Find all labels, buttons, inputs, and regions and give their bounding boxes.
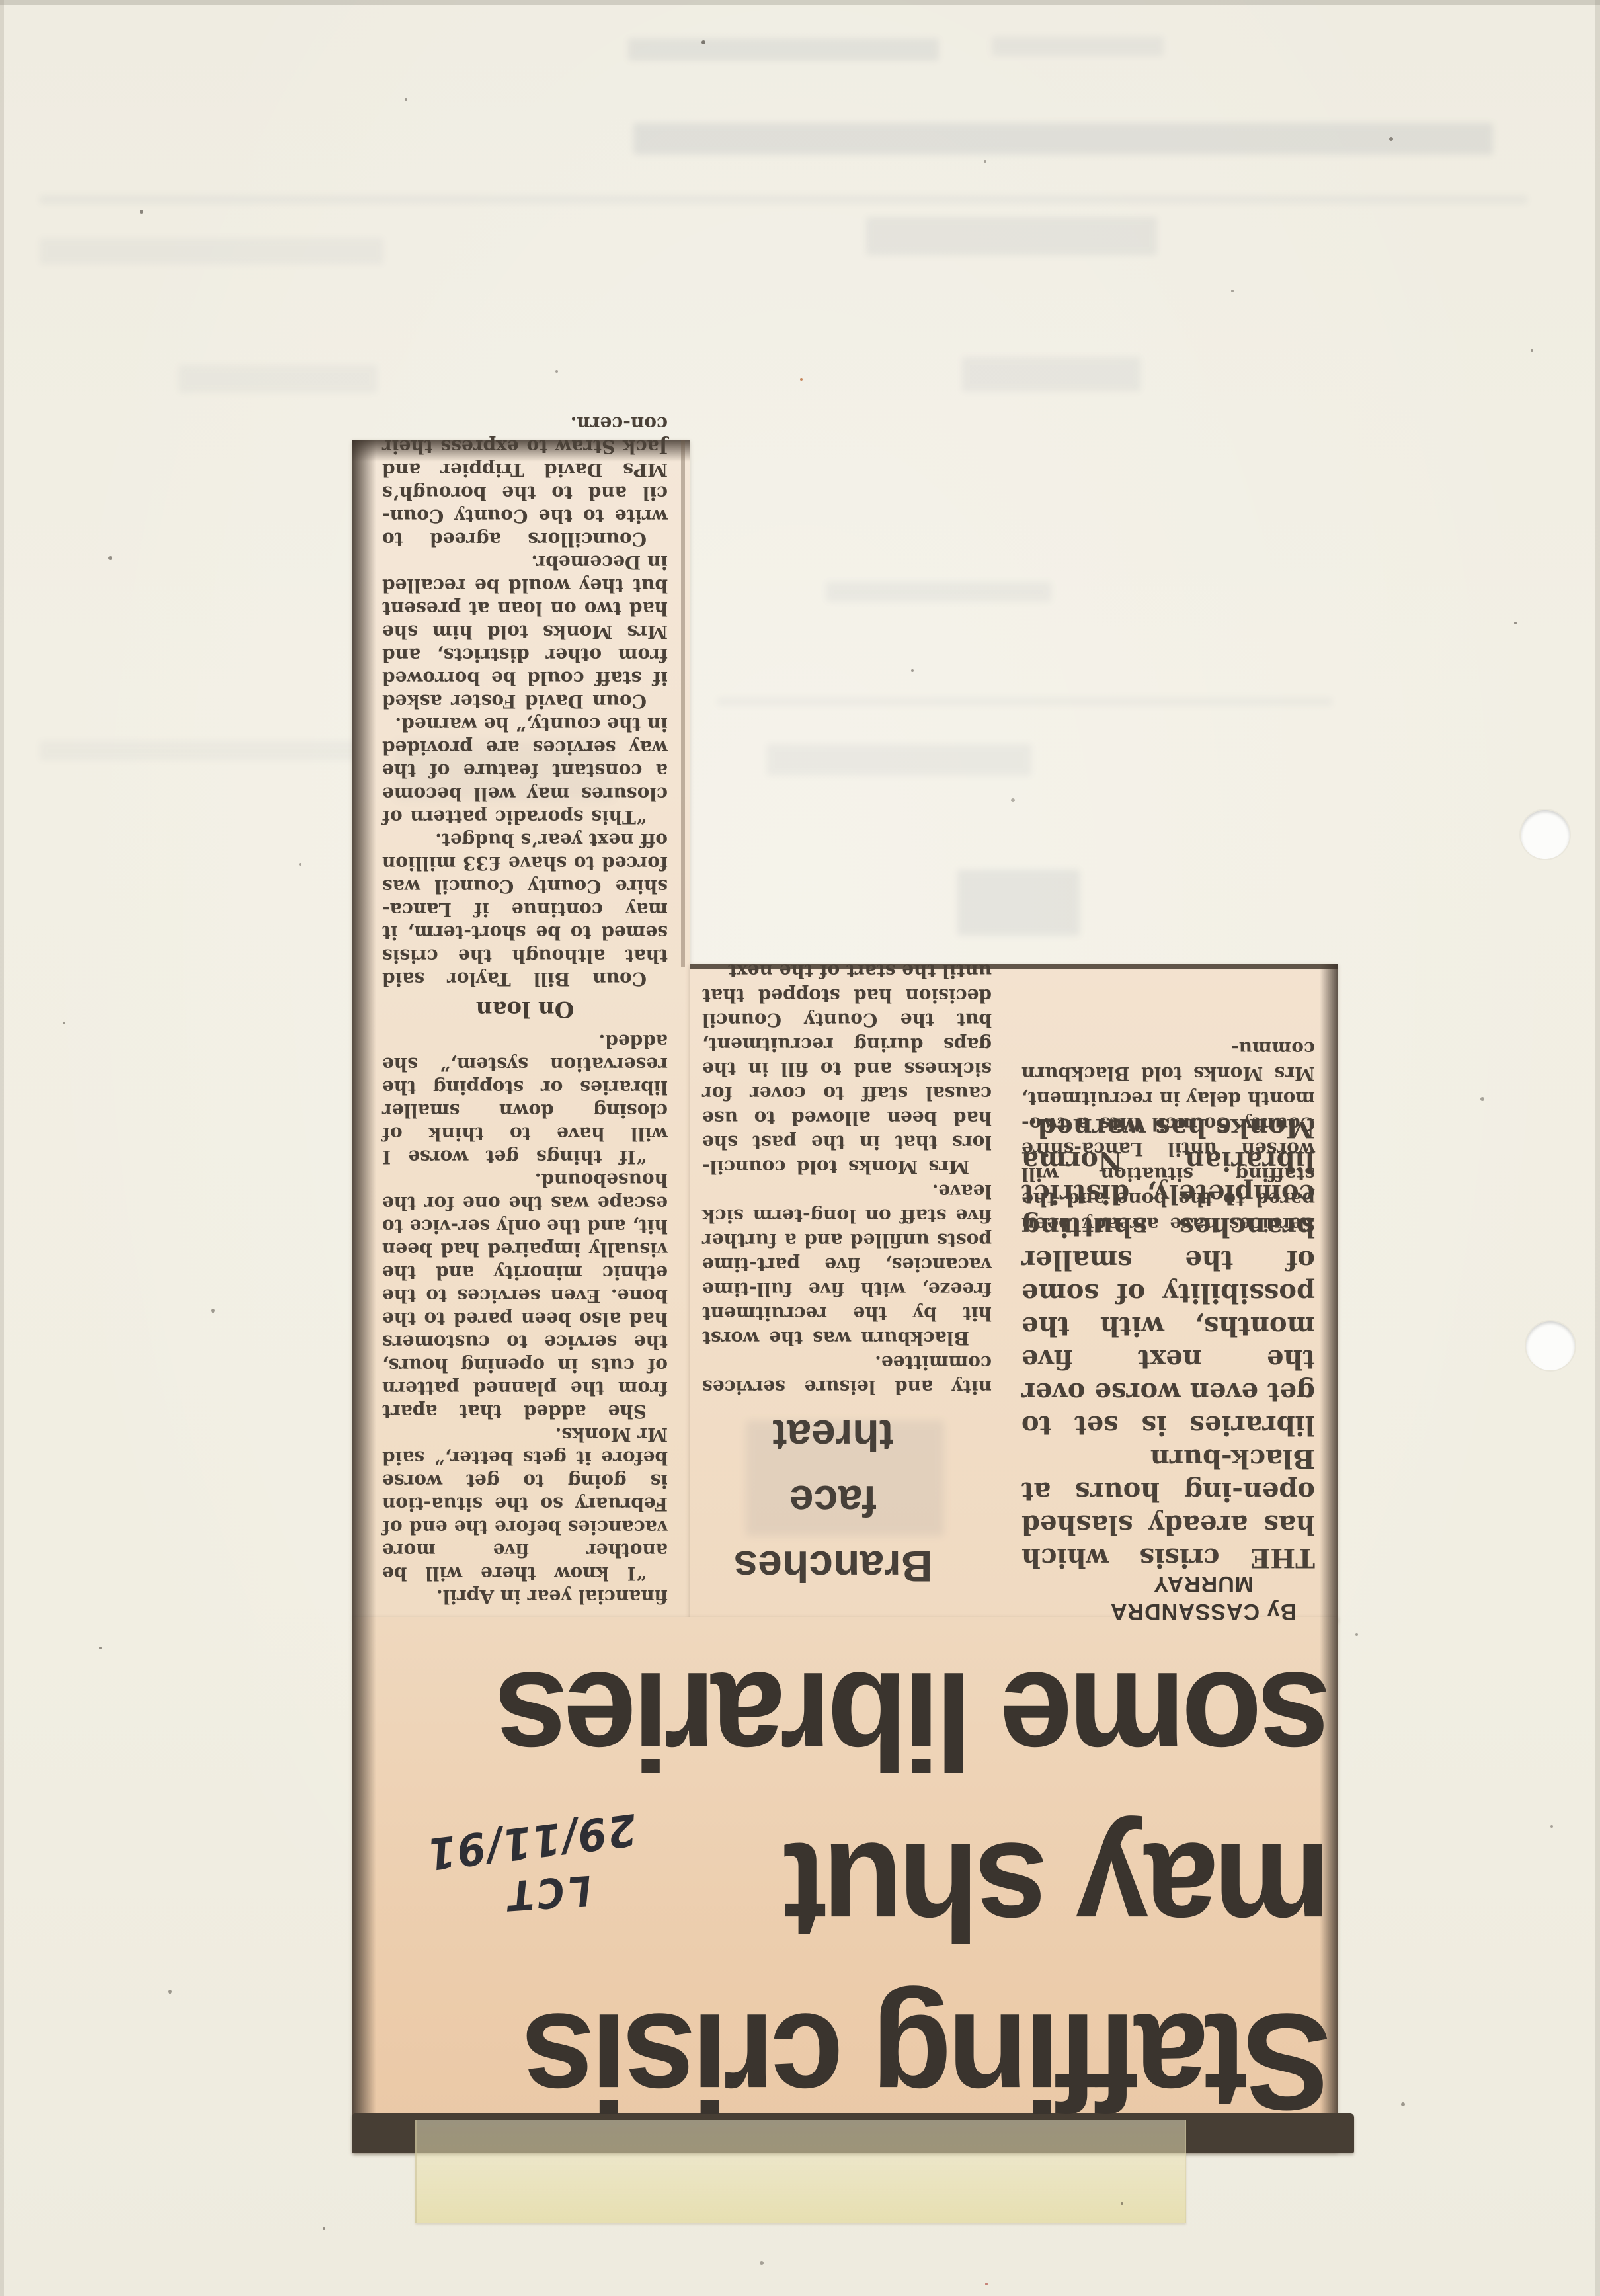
article-paragraphs: financial year in April.“I know there wi… [382,1030,668,1608]
ghost-typewriter-line [992,36,1164,56]
ghost-typewriter-line [962,357,1140,391]
article-paragraphs: Coun Bill Taylor said that although the … [382,412,668,991]
subhead-line: threat [700,1403,967,1468]
ghost-typewriter-line [826,582,1051,602]
ghost-typewriter-line [628,38,939,61]
handwritten-annotation: LCT 29/11/91 [444,1754,643,1919]
ghost-typewriter-line [957,870,1080,936]
subhead-line: face [700,1468,967,1534]
scanned-page: financial year in April.“I know there wi… [0,0,1600,2296]
ghost-typewriter-line [633,123,1493,155]
subhead-line: Branches [700,1534,967,1599]
subheadline: Branches face threat [700,1401,967,1599]
ghost-typewriter-line [40,741,370,760]
paper-speckles [0,0,3,3]
crosshead-on-loan: On loan [382,997,668,1020]
ghost-typewriter-rule [40,196,1527,204]
article-column-2: nity and leisure services committee.Blac… [702,979,992,1399]
sticky-tape [415,2120,1186,2223]
byline-line: By CASSANDRA [1088,1598,1319,1625]
article-column-last: financial year in April.“I know there wi… [382,455,668,1608]
ghost-typewriter-line [179,365,377,393]
article-intro-paragraph: THE crisis which has aready slashed open… [1021,1243,1315,1574]
intro-text: THE crisis which has aready slashed open… [1021,1111,1315,1574]
ghost-typewriter-rule [717,698,1332,706]
byline: By CASSANDRA MURRAY [1088,1566,1319,1625]
hole-punch [1526,1321,1575,1370]
page-edge-right [1595,0,1600,2296]
page-edge-top [0,0,1600,5]
hole-punch [1521,810,1570,859]
ghost-typewriter-line [767,744,1031,776]
handwriting-date: 29/11/91 [448,1803,639,1877]
handwriting-initials: LCT [450,1866,592,1924]
ghost-typewriter-line [40,238,383,265]
page-edge-left [0,0,4,2296]
byline-line: MURRAY [1088,1570,1319,1598]
cut-edge-notch [681,440,685,967]
ghost-typewriter-line [866,217,1157,255]
